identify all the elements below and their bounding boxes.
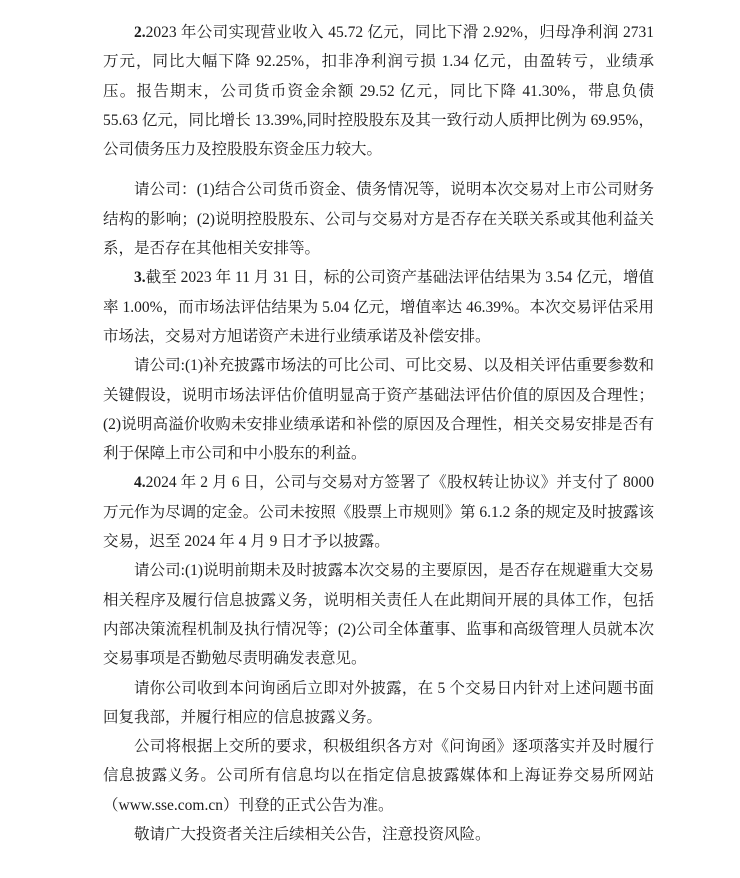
document-body: 2.2023 年公司实现营业收入 45.72 亿元，同比下滑 2.92%，归母净…	[103, 18, 654, 849]
paragraph-2-text: 请公司：(1)结合公司货币资金、债务情况等，说明本次交易对上市公司财务结构的影响…	[103, 181, 654, 257]
paragraph-8-text: 公司将根据上交所的要求，积极组织各方对《问询函》逐项落实并及时履行信息披露义务。…	[103, 738, 654, 814]
paragraph-3: 3.截至 2023 年 11 月 31 日，标的公司资产基础法评估结果为 3.5…	[103, 263, 654, 351]
paragraph-7-text: 请你公司收到本问询函后立即对外披露，在 5 个交易日内针对上述问题书面回复我部，…	[103, 680, 654, 726]
document-page: 2.2023 年公司实现营业收入 45.72 亿元，同比下滑 2.92%，归母净…	[0, 0, 740, 878]
paragraph-9-text: 敬请广大投资者关注后续相关公告，注意投资风险。	[134, 826, 491, 843]
paragraph-5-number: 4.	[134, 474, 146, 491]
paragraph-4-text: 请公司:(1)补充披露市场法的可比公司、可比交易、以及相关评估重要参数和关键假设…	[103, 357, 654, 462]
paragraph-2: 请公司：(1)结合公司货币资金、债务情况等，说明本次交易对上市公司财务结构的影响…	[103, 175, 654, 263]
paragraph-3-number: 3.	[134, 269, 146, 286]
paragraph-4: 请公司:(1)补充披露市场法的可比公司、可比交易、以及相关评估重要参数和关键假设…	[103, 351, 654, 468]
paragraph-6-text: 请公司:(1)说明前期未及时披露本次交易的主要原因，是否存在规避重大交易相关程序…	[103, 562, 654, 667]
paragraph-3-text: 截至 2023 年 11 月 31 日，标的公司资产基础法评估结果为 3.54 …	[103, 269, 654, 345]
paragraph-1: 2.2023 年公司实现营业收入 45.72 亿元，同比下滑 2.92%，归母净…	[103, 18, 654, 164]
paragraph-1-number: 2.	[134, 24, 146, 41]
paragraph-1-text: 2023 年公司实现营业收入 45.72 亿元，同比下滑 2.92%，归母净利润…	[103, 24, 654, 158]
paragraph-5-text: 2024 年 2 月 6 日，公司与交易对方签署了《股权转让协议》并支付了 80…	[103, 474, 654, 550]
paragraph-7: 请你公司收到本问询函后立即对外披露，在 5 个交易日内针对上述问题书面回复我部，…	[103, 674, 654, 733]
paragraph-9: 敬请广大投资者关注后续相关公告，注意投资风险。	[103, 820, 654, 849]
paragraph-5: 4.2024 年 2 月 6 日，公司与交易对方签署了《股权转让协议》并支付了 …	[103, 468, 654, 556]
paragraph-6: 请公司:(1)说明前期未及时披露本次交易的主要原因，是否存在规避重大交易相关程序…	[103, 556, 654, 673]
paragraph-8: 公司将根据上交所的要求，积极组织各方对《问询函》逐项落实并及时履行信息披露义务。…	[103, 732, 654, 820]
